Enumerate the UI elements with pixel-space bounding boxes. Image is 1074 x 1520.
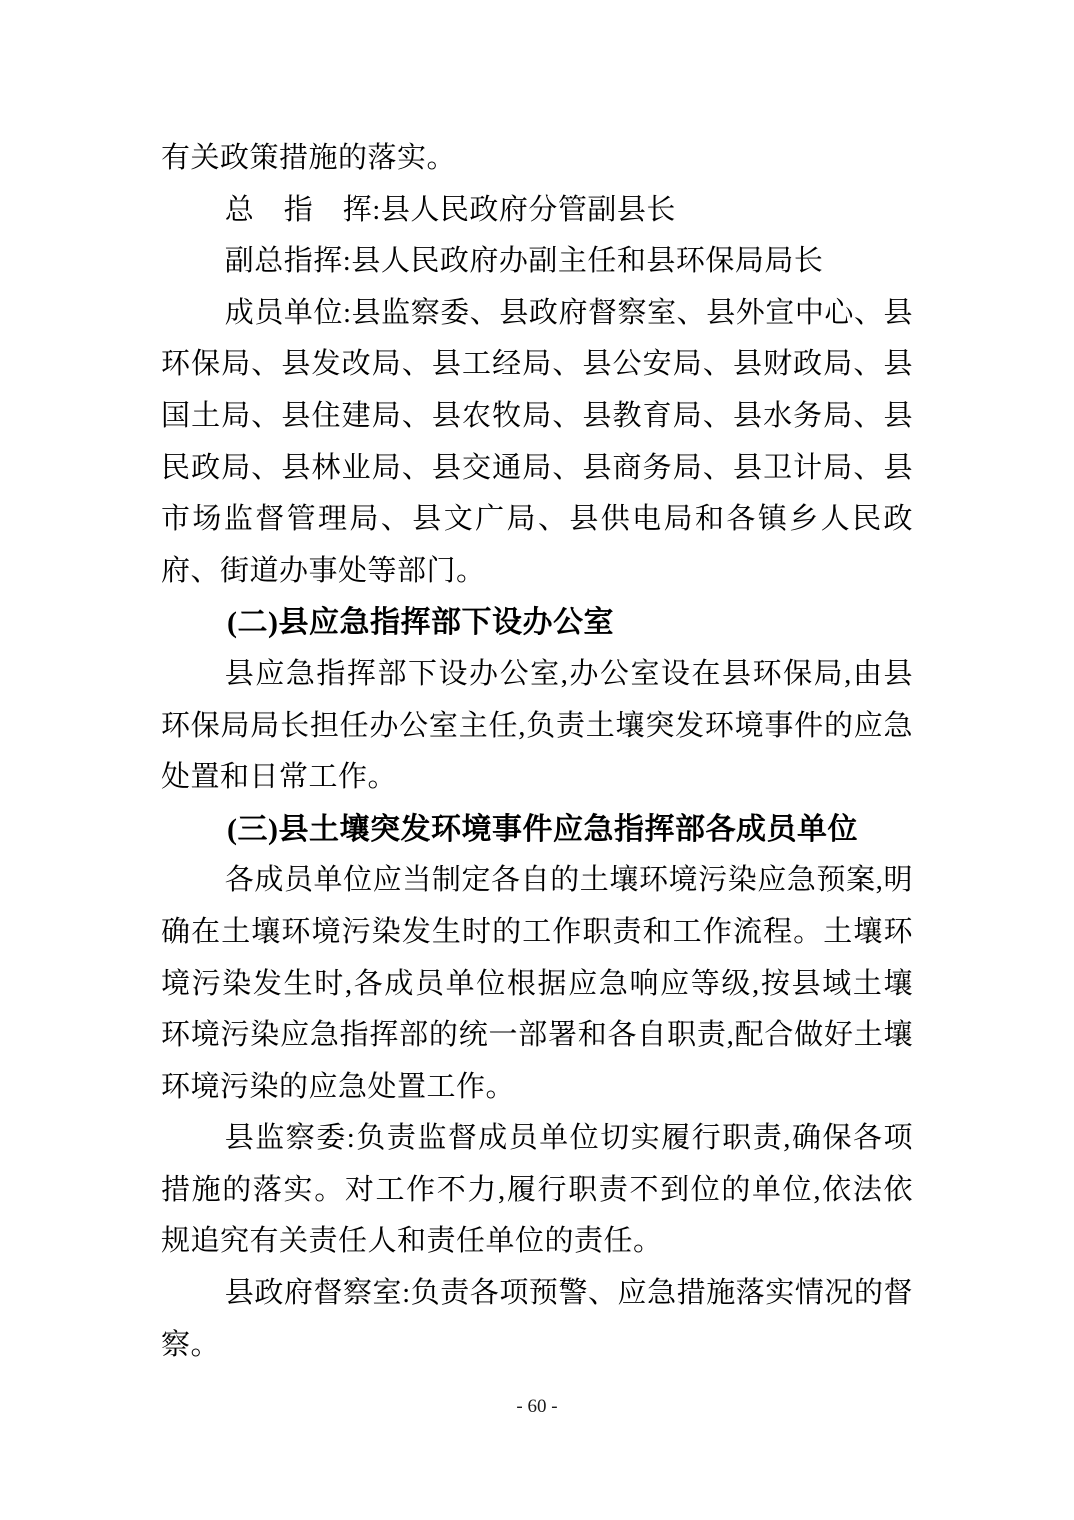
- para-member-duties: 各成员单位应当制定各自的土壤环境污染应急预案,明确在土壤环境污染发生时的工作职责…: [161, 855, 913, 1113]
- para-policy-implementation: 有关政策措施的落实。: [161, 133, 913, 185]
- para-supervision-committee: 县监察委:负责监督成员单位切实履行职责,确保各项措施的落实。对工作不力,履行职责…: [161, 1113, 913, 1268]
- para-chief-commander: 总 指 挥:县人民政府分管副县长: [161, 185, 913, 237]
- document-page: 有关政策措施的落实。 总 指 挥:县人民政府分管副县长 副总指挥:县人民政府办副…: [0, 0, 1074, 1520]
- heading-section-2: (二)县应急指挥部下设办公室: [161, 597, 913, 649]
- heading-section-3: (三)县土壤突发环境事件应急指挥部各成员单位: [161, 804, 913, 856]
- para-office-setup: 县应急指挥部下设办公室,办公室设在县环保局,由县环保局局长担任办公室主任,负责土…: [161, 649, 913, 804]
- page-number: - 60 -: [0, 1396, 1074, 1418]
- para-government-inspection: 县政府督察室:负责各项预警、应急措施落实情况的督察。: [161, 1268, 913, 1371]
- document-content: 有关政策措施的落实。 总 指 挥:县人民政府分管副县长 副总指挥:县人民政府办副…: [161, 133, 913, 1371]
- para-member-units: 成员单位:县监察委、县政府督察室、县外宣中心、县环保局、县发改局、县工经局、县公…: [161, 288, 913, 598]
- para-deputy-commander: 副总指挥:县人民政府办副主任和县环保局局长: [161, 236, 913, 288]
